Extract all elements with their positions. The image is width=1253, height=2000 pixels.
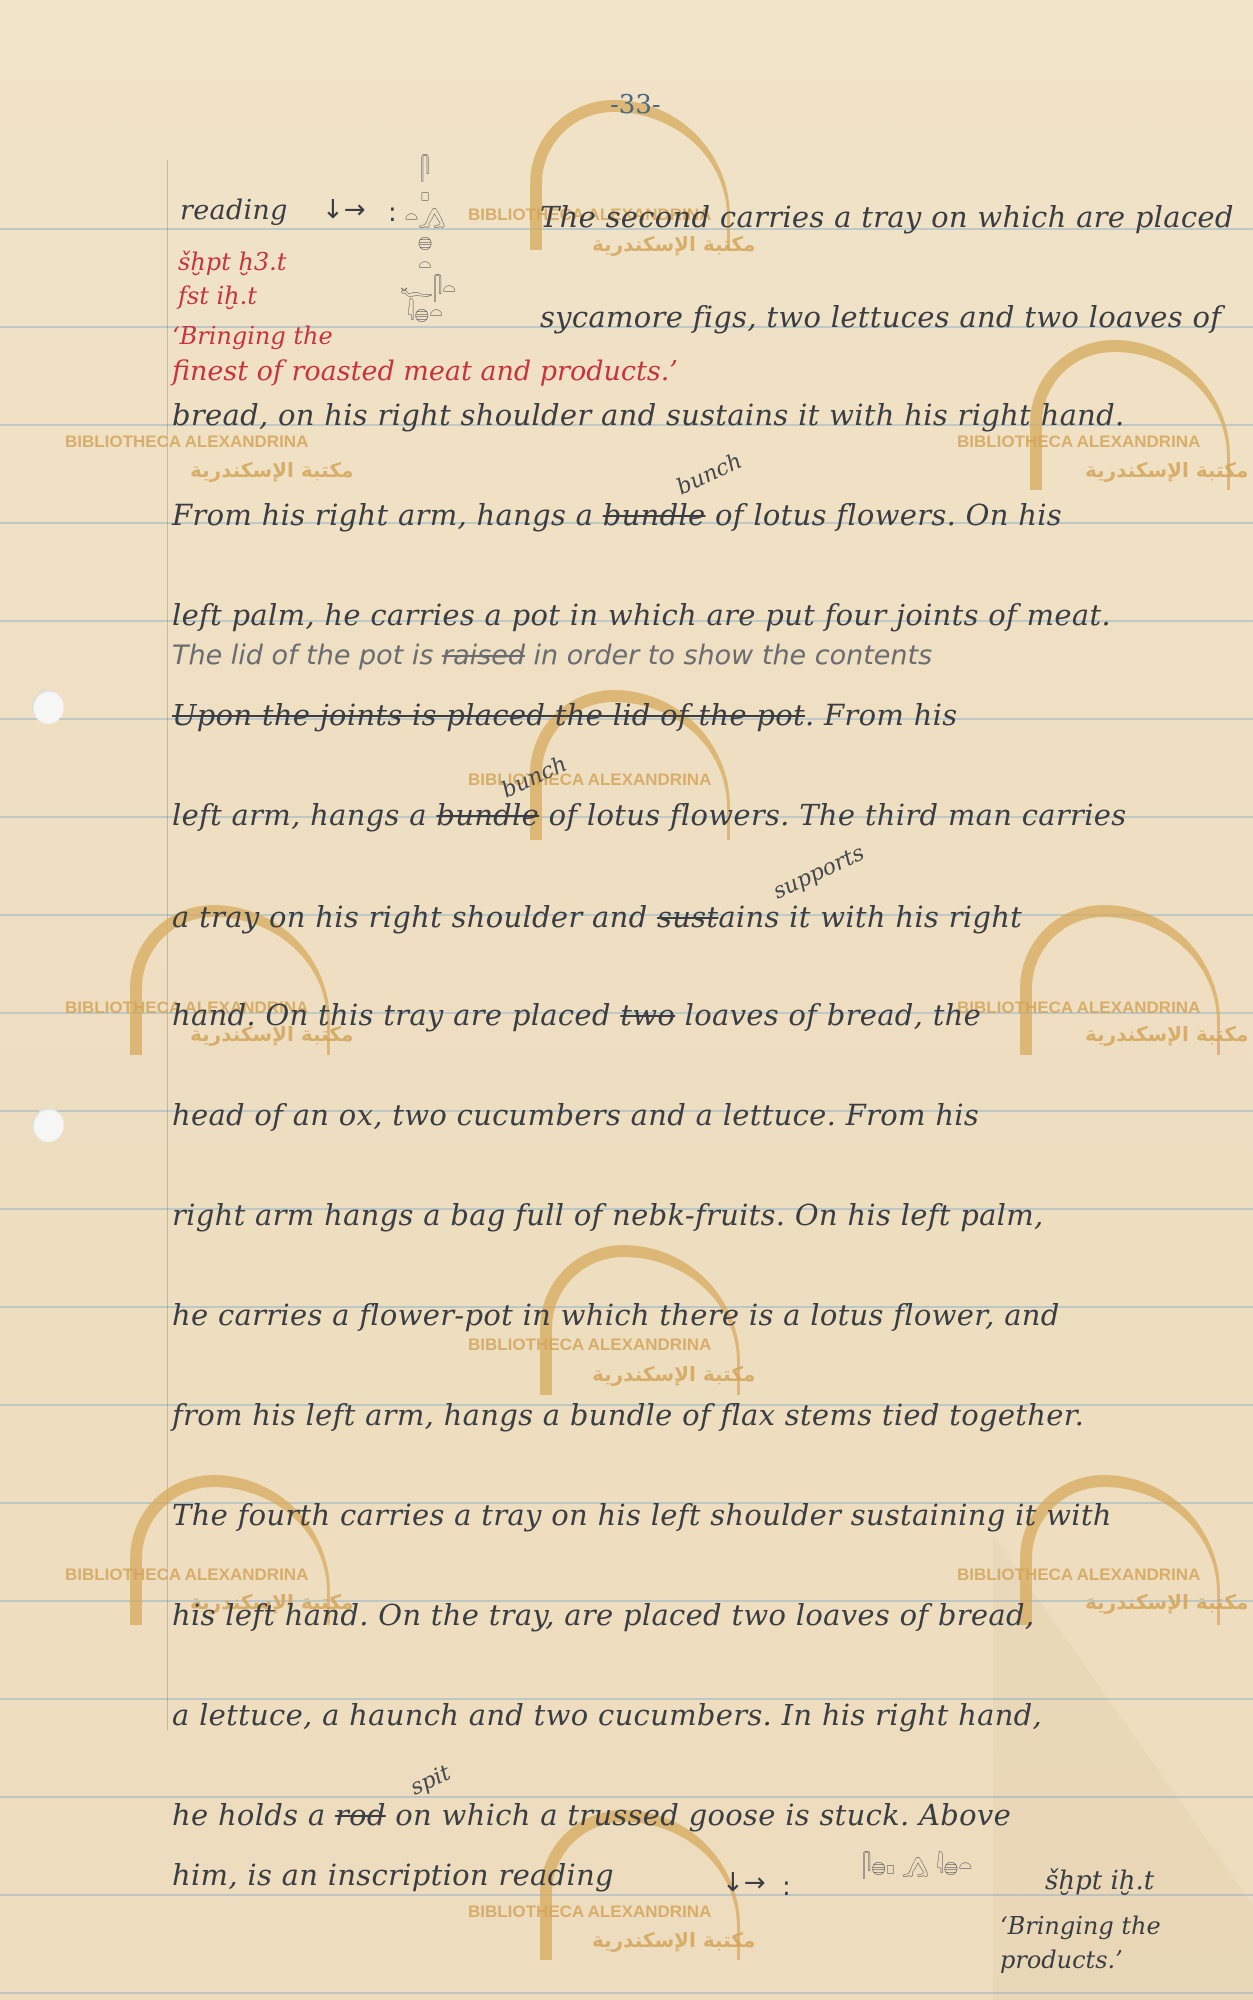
manuscript-line: he holds a rod on which a trussed goose … [172,1798,1011,1832]
watermark-text-en: BIBLIOTHECA ALEXANDRINA [957,1565,1200,1585]
manuscript-line: left palm, he carries a pot in which are… [172,598,1111,632]
watermark-text-en: BIBLIOTHECA ALEXANDRINA [65,432,308,452]
interlinear-correction: spit [407,1760,455,1800]
manuscript-line: right arm hangs a bag full of nebk-fruit… [172,1198,1044,1232]
manuscript-line: hand. On this tray are placed two loaves… [172,998,981,1032]
line-text: right arm hangs a bag full of nebk-fruit… [172,1198,1044,1232]
line-text: head of an ox, two cucumbers and a lettu… [172,1098,979,1132]
reading-direction-arrow-icon: ↓→ [722,1868,766,1898]
punch-hole [32,690,64,724]
line-text: left palm, he carries a pot in which are… [172,598,1111,632]
manuscript-line: him, is an inscription reading [172,1858,614,1892]
line-text: From his right arm, hangs a [172,498,603,532]
line-text: a lettuce, a haunch and two cucumbers. I… [172,1698,1042,1732]
manuscript-line: his left hand. On the tray, are placed t… [172,1598,1034,1632]
interlinear-correction: bunch [673,449,746,501]
manuscript-line: he carries a flower-pot in which there i… [172,1298,1060,1332]
punch-hole [32,1108,64,1142]
interlinear-correction: supports [769,841,868,905]
line-text: on which a trussed goose is stuck. Above [386,1798,1011,1832]
manuscript-line: Upon the joints is placed the lid of the… [172,698,957,732]
line-text: bread, on his right shoulder and sustain… [172,398,1125,432]
line-text: in order to show the contents [525,640,932,671]
translation-line-1: ‘Bringing the [172,322,333,350]
hieroglyph: 𓆑𓋴𓏏 [400,278,450,302]
colon: : [782,1872,791,1902]
transliteration: šḫpt iḫ.t [1045,1866,1154,1896]
watermark-text-ar: مكتبة الإسكندرية [190,458,353,482]
reading-direction-arrow-icon: ↓→ [322,195,366,225]
line-text: left arm, hangs a [172,798,436,832]
line-text: The second carries a tray on which are p… [540,200,1234,234]
translation-line-2: products.’ [1000,1946,1123,1974]
watermark-text-en: BIBLIOTHECA ALEXANDRINA [468,1335,711,1355]
line-text: The fourth carries a tray on his left sh… [172,1498,1112,1532]
line-text: ains it with his right [718,900,1022,934]
struck-text: rod [335,1798,386,1832]
reading-label: reading [180,195,288,226]
hieroglyph: 𓏏 [400,254,450,278]
manuscript-line: From his right arm, hangs a bundle of lo… [172,498,1062,532]
page-number: -33- [610,90,661,120]
line-text: of lotus flowers. On his [706,498,1062,532]
line-text: a tray on his right shoulder and [172,900,657,934]
manuscript-line: a tray on his right shoulder and sustain… [172,900,1022,934]
line-text: sycamore figs, two lettuces and two loav… [540,300,1221,334]
watermark-text-ar: مكتبة الإسكندرية [592,1362,755,1386]
transliteration-line-2: fst iḫ.t [178,282,257,310]
transliteration-line-1: šḫpt ḫ3.t [178,248,286,276]
manuscript-line: a lettuce, a haunch and two cucumbers. I… [172,1698,1042,1732]
line-text: he carries a flower-pot in which there i… [172,1298,1060,1332]
line-text: he holds a [172,1798,335,1832]
hieroglyph: 𓏏𓂻 [400,206,450,230]
translation-line-1: ‘Bringing the [1000,1912,1161,1940]
manuscript-line: bread, on his right shoulder and sustain… [172,398,1125,432]
struck-text: raised [442,640,525,671]
watermark-text-en: BIBLIOTHECA ALEXANDRINA [957,998,1200,1018]
watermark-text-ar: مكتبة الإسكندرية [1085,458,1248,482]
line-text: hand. On this tray are placed [172,998,620,1032]
manuscript-line: The fourth carries a tray on his left sh… [172,1498,1112,1532]
interlinear-correction: bunch [498,752,571,804]
watermark-text-en: BIBLIOTHECA ALEXANDRINA [65,1565,308,1585]
margin-line [167,160,168,1730]
manuscript-line: head of an ox, two cucumbers and a lettu… [172,1098,979,1132]
hieroglyph-group: 𓋴𓐍𓊪 𓂻 𓇋𓐍𓏏 [862,1855,1002,1879]
struck-text: bundle [436,798,539,832]
manuscript-page: BIBLIOTHECA ALEXANDRINA مكتبة الإسكندرية… [0,0,1253,2000]
line-text: loaves of bread, the [675,998,981,1032]
line-text: from his left arm, hangs a bundle of fla… [172,1398,1084,1432]
watermark-text-ar: مكتبة الإسكندرية [592,1928,755,1952]
watermark-text-en: BIBLIOTHECA ALEXANDRINA [468,1902,711,1922]
hieroglyph: 𓐍 [400,230,450,254]
translation-line-2: finest of roasted meat and products.’ [172,356,678,387]
line-text: The lid of the pot is [172,640,442,671]
hieroglyph: 𓊪 [400,182,450,206]
watermark-text-ar: مكتبة الإسكندرية [592,232,755,256]
manuscript-line: sycamore figs, two lettuces and two loav… [540,300,1221,334]
watermark-text-en: BIBLIOTHECA ALEXANDRINA [957,432,1200,452]
line-text: him, is an inscription reading [172,1858,614,1892]
line-text: . From his [805,698,957,732]
line-text: his left hand. On the tray, are placed t… [172,1598,1034,1632]
struck-text: sust [657,900,718,934]
hieroglyph-column: 𓋴𓊪𓏏𓂻𓐍𓏏𓆑𓋴𓏏𓇋𓐍𓏏 [400,158,450,326]
manuscript-line: from his left arm, hangs a bundle of fla… [172,1398,1084,1432]
struck-text: bundle [603,498,706,532]
manuscript-line: The second carries a tray on which are p… [540,200,1234,234]
struck-text: Upon the joints is placed the lid of the… [172,698,805,732]
manuscript-line: left arm, hangs a bundle of lotus flower… [172,798,1126,832]
colon: : [388,198,397,228]
hieroglyph: 𓇋𓐍𓏏 [400,302,450,326]
watermark-text-ar: مكتبة الإسكندرية [1085,1022,1248,1046]
manuscript-line: The lid of the pot is raised in order to… [172,640,932,671]
struck-text: two [620,998,675,1032]
watermark-text-ar: مكتبة الإسكندرية [1085,1590,1248,1614]
line-text: of lotus flowers. The third man carries [539,798,1126,832]
hieroglyph: 𓋴 [400,158,450,182]
